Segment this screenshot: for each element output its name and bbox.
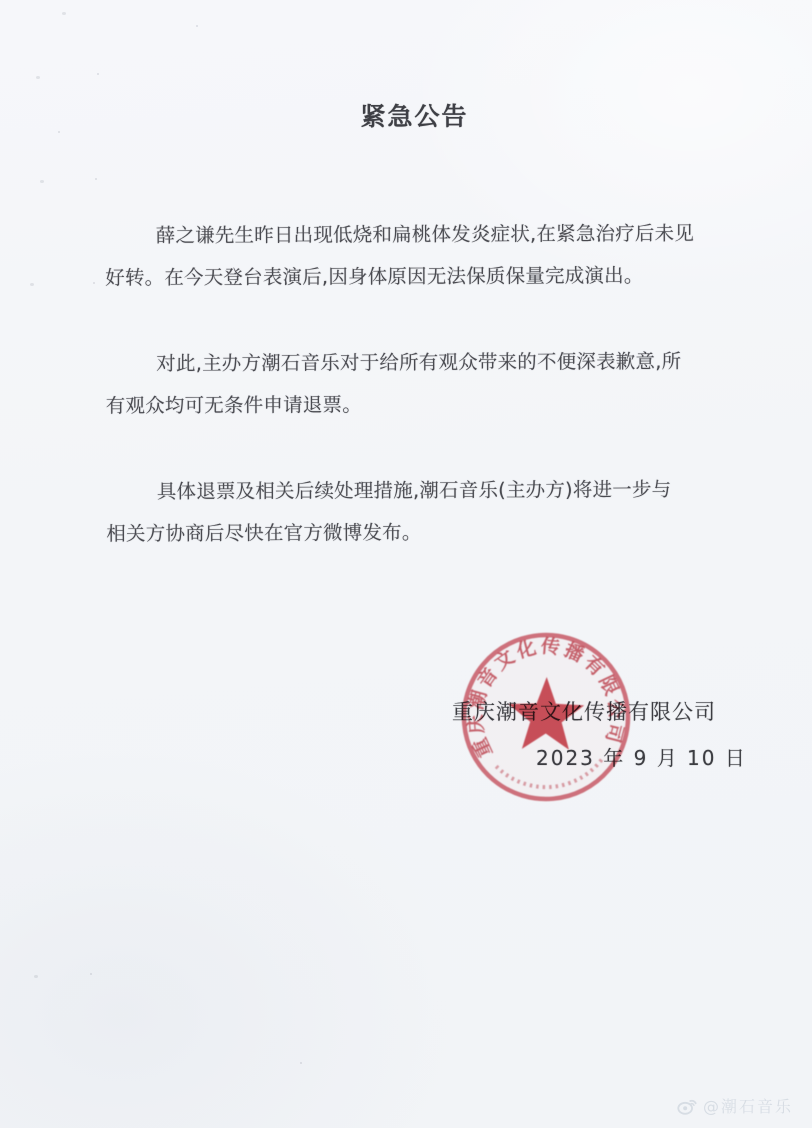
paper-speck (97, 73, 99, 75)
watermark: @潮石音乐 (676, 1094, 793, 1117)
paper-speck (40, 180, 44, 183)
document-title: 紧急公告 (104, 101, 724, 134)
watermark-text: @潮石音乐 (703, 1094, 793, 1117)
paragraph-health-status: 薛之谦先生昨日出现低烧和扁桃体发炎症状,在紧急治疗后未见 好转。在今天登台表演后… (105, 213, 725, 300)
paper-speck (90, 973, 92, 975)
paragraph-apology-refund: 对此,主办方潮石音乐对于给所有观众带来的不便深表歉意,所 有观众均可无条件申请退… (105, 341, 725, 428)
paper-speck (62, 12, 66, 15)
paper-speck (30, 283, 34, 286)
scanned-announcement-page: 紧急公告 薛之谦先生昨日出现低烧和扁桃体发炎症状,在紧急治疗后未见 好转。在今天… (0, 0, 812, 1128)
paper-speck (95, 178, 97, 180)
paragraph-followup-weibo: 具体退票及相关后续处理措施,潮石音乐(主办方)将进一步与 相关方协商后尽快在官方… (106, 469, 726, 556)
paper-speck (196, 25, 198, 27)
paper-speck (300, 1062, 302, 1064)
paper-speck (34, 975, 38, 978)
company-seal-stamp: 重庆潮音文化传播有限公司 (451, 622, 641, 812)
paper-speck (58, 131, 60, 133)
document-body: 薛之谦先生昨日出现低烧和扁桃体发炎症状,在紧急治疗后未见 好转。在今天登台表演后… (105, 213, 726, 556)
paper-speck (93, 282, 95, 284)
paper-speck (36, 76, 40, 79)
weibo-logo-icon (676, 1095, 698, 1117)
document-content: 紧急公告 薛之谦先生昨日出现低烧和扁桃体发炎症状,在紧急治疗后未见 好转。在今天… (104, 0, 724, 1)
